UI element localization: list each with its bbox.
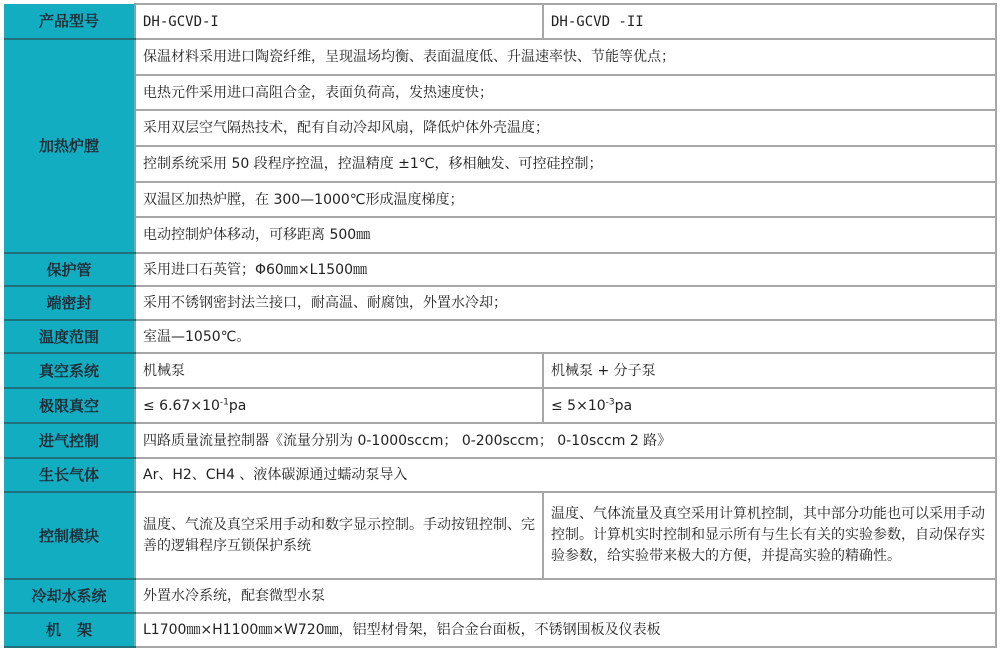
uv2-exponent: -3 [606,397,615,407]
label-frame: 机架 [4,613,135,647]
heating-line-5: 双温区加热炉膛，在 300—1000℃形成温度梯度； [135,182,996,217]
row-end-seal: 端密封 采用不锈钢密封法兰接口，耐高温、耐腐蚀，外置水冷却； [4,286,996,320]
label-control-module: 控制模块 [4,492,135,579]
uv1-prefix: ≤ 6.67×10 [143,398,220,414]
label-gas-inlet-control: 进气控制 [4,423,135,458]
uv2-unit: pa [615,398,632,414]
row-temperature-range: 温度范围 室温—1050℃。 [4,320,996,353]
heating-line-1: 保温材料采用进口陶瓷纤维，呈现温场均衡、表面温度低、升温速率快、节能等优点； [135,39,996,75]
row-heating-1: 加热炉膛 保温材料采用进口陶瓷纤维，呈现温场均衡、表面温度低、升温速率快、节能等… [4,39,996,75]
protective-tube-value: 采用进口石英管；Φ60㎜×L1500㎜ [135,253,996,286]
control-module-2-value: 温度、气体流量及真空采用计算机控制，其中部分功能也可以采用手动控制。计算机实时控… [543,492,996,579]
model-2-value: DH-GCVD -II [543,4,996,39]
row-heating-6: 电动控制炉体移动，可移距离 500㎜ [4,217,996,253]
ultimate-vacuum-1-value: ≤ 6.67×10-1pa [135,388,543,423]
frame-value: L1700㎜×H1100㎜×W720㎜，铝型材骨架，铝合金台面板，不锈钢围板及仪… [135,613,996,647]
spec-table: 产品型号 DH-GCVD-I DH-GCVD -II 加热炉膛 保温材料采用进口… [4,3,997,648]
label-protective-tube: 保护管 [4,253,135,286]
ultimate-vacuum-2-value: ≤ 5×10-3pa [543,388,996,423]
frame-label-text: 机架 [30,621,108,639]
heating-line-2: 电热元件采用进口高阻合金，表面负荷高，发热速度快； [135,75,996,110]
label-model: 产品型号 [4,4,135,39]
vacuum-system-2-value: 机械泵 + 分子泵 [543,353,996,388]
row-model: 产品型号 DH-GCVD-I DH-GCVD -II [4,4,996,39]
row-heating-2: 电热元件采用进口高阻合金，表面负荷高，发热速度快； [4,75,996,110]
label-heating-chamber: 加热炉膛 [4,39,135,253]
vacuum-system-1-value: 机械泵 [135,353,543,388]
label-growth-gas: 生长气体 [4,458,135,492]
row-heating-4: 控制系统采用 50 段程序控温，控温精度 ±1℃，移相触发、可控硅控制； [4,146,996,182]
row-cooling-water: 冷却水系统 外置水冷系统，配套微型水泵 [4,579,996,613]
heating-line-4: 控制系统采用 50 段程序控温，控温精度 ±1℃，移相触发、可控硅控制； [135,146,996,182]
label-end-seal: 端密封 [4,286,135,320]
end-seal-value: 采用不锈钢密封法兰接口，耐高温、耐腐蚀，外置水冷却； [135,286,996,320]
heating-line-3: 采用双层空气隔热技术，配有自动冷却风扇，降低炉体外壳温度； [135,110,996,146]
label-temperature-range: 温度范围 [4,320,135,353]
row-heating-5: 双温区加热炉膛，在 300—1000℃形成温度梯度； [4,182,996,217]
cooling-water-value: 外置水冷系统，配套微型水泵 [135,579,996,613]
row-ultimate-vacuum: 极限真空 ≤ 6.67×10-1pa ≤ 5×10-3pa [4,388,996,423]
gas-inlet-control-value: 四路质量流量控制器《流量分别为 0-1000sccm； 0-200sccm； 0… [135,423,996,458]
model-1-value: DH-GCVD-I [135,4,543,39]
row-control-module: 控制模块 温度、气流及真空采用手动和数字显示控制。手动按钮控制、完善的逻辑程序互… [4,492,996,579]
label-ultimate-vacuum: 极限真空 [4,388,135,423]
label-vacuum-system: 真空系统 [4,353,135,388]
growth-gas-value: Ar、H2、CH4 、液体碳源通过蠕动泵导入 [135,458,996,492]
label-cooling-water: 冷却水系统 [4,579,135,613]
temperature-range-value: 室温—1050℃。 [135,320,996,353]
uv1-exponent: -1 [220,397,229,407]
row-growth-gas: 生长气体 Ar、H2、CH4 、液体碳源通过蠕动泵导入 [4,458,996,492]
uv1-unit: pa [229,398,246,414]
row-protective-tube: 保护管 采用进口石英管；Φ60㎜×L1500㎜ [4,253,996,286]
heating-line-6: 电动控制炉体移动，可移距离 500㎜ [135,217,996,253]
control-module-1-value: 温度、气流及真空采用手动和数字显示控制。手动按钮控制、完善的逻辑程序互锁保护系统 [135,492,543,579]
row-gas-inlet-control: 进气控制 四路质量流量控制器《流量分别为 0-1000sccm； 0-200sc… [4,423,996,458]
row-vacuum-system: 真空系统 机械泵 机械泵 + 分子泵 [4,353,996,388]
row-heating-3: 采用双层空气隔热技术，配有自动冷却风扇，降低炉体外壳温度； [4,110,996,146]
row-frame: 机架 L1700㎜×H1100㎜×W720㎜，铝型材骨架，铝合金台面板，不锈钢围… [4,613,996,647]
uv2-prefix: ≤ 5×10 [551,398,606,414]
